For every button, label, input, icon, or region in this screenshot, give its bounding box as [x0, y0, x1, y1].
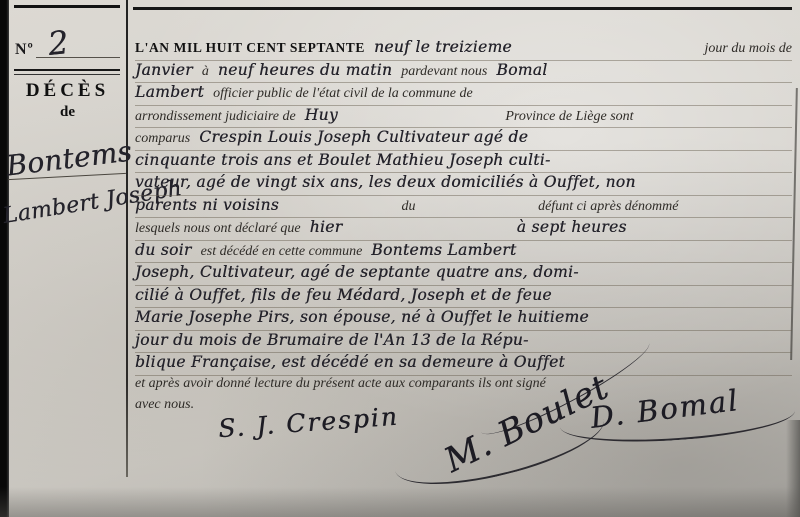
printed-text: et après avoir donné lecture du présent … — [135, 376, 546, 392]
form-line: vateur, agé de vingt six ans, les deux d… — [135, 173, 792, 196]
form-line: lesquels nous ont déclaré quehierà sept … — [135, 218, 792, 241]
form-line: comparusCrespin Louis Joseph Cultivateur… — [135, 128, 792, 151]
form-line: Janvieràneuf heures du matinpardevant no… — [135, 61, 792, 84]
form-line: blique Française, est décédé en sa demeu… — [135, 353, 792, 376]
margin-divider-rule — [126, 0, 128, 477]
printed-text: à — [202, 64, 209, 80]
form-line: Joseph, Cultivateur, agé de septante qua… — [135, 263, 792, 286]
form-line: Lambertofficier public de l'état civil d… — [135, 83, 792, 106]
printed-text: du — [402, 199, 416, 215]
printed-text: officier public de l'état civil de la co… — [213, 86, 473, 102]
handwritten-text: cilié à Ouffet, fils de feu Médard, Jose… — [135, 286, 552, 304]
printed-text: comparus — [135, 131, 190, 147]
act-number-label: Nº — [15, 41, 34, 59]
scan-left-edge — [0, 0, 9, 517]
main-top-rule — [133, 7, 792, 10]
handwritten-text: vateur, agé de vingt six ans, les deux d… — [135, 173, 636, 191]
form-line: arrondissement judiciaire deHuyProvince … — [135, 106, 792, 129]
handwritten-text: Crespin Louis Joseph Cultivateur agé de — [199, 128, 528, 146]
handwritten-text: Lambert — [135, 83, 204, 101]
handwritten-text: Huy — [305, 106, 338, 124]
handwritten-text: Joseph, Cultivateur, agé de septante qua… — [135, 263, 579, 281]
handwritten-text: du soir — [135, 241, 192, 259]
handwritten-text: Bomal — [496, 61, 547, 79]
handwritten-text: blique Française, est décédé en sa demeu… — [135, 353, 565, 371]
form-line: L'AN MIL HUIT CENT SEPTANTEneuf le treiz… — [135, 38, 792, 61]
form-line: jour du mois de Brumaire de l'An 13 de l… — [135, 331, 792, 354]
form-line: du soirest décédé en cette communeBontem… — [135, 241, 792, 264]
printed-text: lesquels nous ont déclaré que — [135, 221, 301, 237]
margin-double-rule-thin — [14, 74, 120, 75]
printed-text: jour du mois de — [705, 41, 793, 57]
margin-double-rule — [14, 69, 120, 71]
act-number-value: 2 — [46, 23, 71, 63]
form-line: parents ni voisinsdudéfunt ci après déno… — [135, 196, 792, 219]
margin-top-rule — [14, 5, 120, 8]
printed-text: défunt ci après dénommé — [538, 199, 678, 215]
handwritten-text: à sept heures — [517, 218, 627, 236]
printed-text: Province de Liège sont — [505, 109, 633, 125]
handwritten-text: hier — [310, 218, 343, 236]
handwritten-text: neuf le treizieme — [374, 38, 512, 56]
margin-title: DÉCÈS — [9, 80, 126, 102]
handwritten-text: Marie Josephe Pirs, son épouse, né à Ouf… — [135, 308, 589, 326]
handwritten-text: parents ni voisins — [135, 196, 279, 214]
handwritten-text: neuf heures du matin — [218, 61, 392, 79]
printed-text: L'AN MIL HUIT CENT SEPTANTE — [135, 40, 365, 56]
scan-corner-shade — [786, 420, 800, 517]
printed-text: est décédé en cette commune — [201, 244, 363, 260]
printed-text: avec nous. — [135, 397, 194, 413]
handwritten-text: Janvier — [135, 61, 193, 79]
form-line: cinquante trois ans et Boulet Mathieu Jo… — [135, 151, 792, 174]
margin-subtitle: de — [9, 104, 126, 121]
handwritten-text: cinquante trois ans et Boulet Mathieu Jo… — [135, 151, 551, 169]
form-line: cilié à Ouffet, fils de feu Médard, Jose… — [135, 286, 792, 309]
form-lines: L'AN MIL HUIT CENT SEPTANTEneuf le treiz… — [135, 38, 792, 419]
document-scan: Nº 2 DÉCÈS de Bontems Lambert Joseph L'A… — [0, 0, 800, 517]
handwritten-text: jour du mois de Brumaire de l'An 13 de l… — [135, 331, 529, 349]
handwritten-text: Bontems Lambert — [371, 241, 516, 259]
printed-text: pardevant nous — [401, 64, 487, 80]
form-line: Marie Josephe Pirs, son épouse, né à Ouf… — [135, 308, 792, 331]
printed-text: arrondissement judiciaire de — [135, 109, 296, 125]
